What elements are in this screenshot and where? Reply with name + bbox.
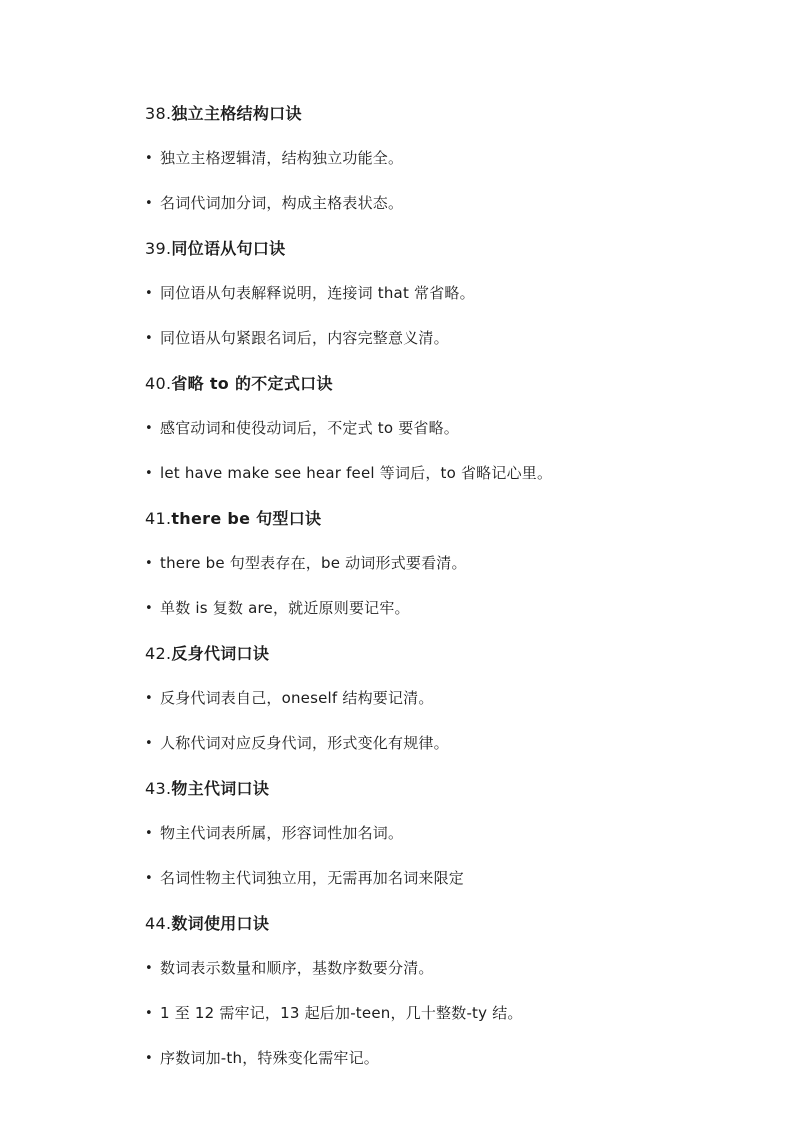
list-item-text: 序数词加-th，特殊变化需牢记。 (160, 1048, 379, 1069)
bullet-icon: • (145, 598, 160, 619)
section-heading: 42.反身代词口诀 (145, 643, 706, 664)
section-heading: 38.独立主格结构口诀 (145, 103, 706, 124)
section-heading: 39.同位语从句口诀 (145, 238, 706, 259)
section-number: 41. (145, 509, 171, 528)
section-heading: 43.物主代词口诀 (145, 778, 706, 799)
document-page: 38.独立主格结构口诀 • 独立主格逻辑清，结构独立功能全。 • 名词代词加分词… (0, 0, 794, 1123)
list-item: • 1 至 12 需牢记，13 起后加-teen，几十整数-ty 结。 (145, 1003, 706, 1024)
list-item-text: 物主代词表所属，形容词性加名词。 (160, 823, 403, 844)
mnemonic-section: 40.省略 to 的不定式口诀 • 感官动词和使役动词后，不定式 to 要省略。… (145, 373, 706, 484)
list-item: • 单数 is 复数 are，就近原则要记牢。 (145, 598, 706, 619)
bullet-icon: • (145, 688, 160, 709)
section-number: 39. (145, 239, 171, 258)
bullet-icon: • (145, 148, 160, 169)
list-item-text: 单数 is 复数 are，就近原则要记牢。 (160, 598, 410, 619)
section-heading: 41.there be 句型口诀 (145, 508, 706, 529)
section-number: 44. (145, 914, 171, 933)
bullet-icon: • (145, 868, 160, 889)
list-item: • 数词表示数量和顺序，基数序数要分清。 (145, 958, 706, 979)
mnemonic-section: 43.物主代词口诀 • 物主代词表所属，形容词性加名词。 • 名词性物主代词独立… (145, 778, 706, 889)
section-number: 38. (145, 104, 171, 123)
section-title: 同位语从句口诀 (171, 239, 285, 258)
document-body: 38.独立主格结构口诀 • 独立主格逻辑清，结构独立功能全。 • 名词代词加分词… (145, 103, 706, 1069)
mnemonic-section: 44.数词使用口诀 • 数词表示数量和顺序，基数序数要分清。 • 1 至 12 … (145, 913, 706, 1069)
list-item: • 同位语从句表解释说明，连接词 that 常省略。 (145, 283, 706, 304)
list-item: • 物主代词表所属，形容词性加名词。 (145, 823, 706, 844)
list-item-text: 独立主格逻辑清，结构独立功能全。 (160, 148, 403, 169)
mnemonic-section: 42.反身代词口诀 • 反身代词表自己，oneself 结构要记清。 • 人称代… (145, 643, 706, 754)
list-item-text: 名词性物主代词独立用，无需再加名词来限定 (160, 868, 464, 889)
list-item-text: 1 至 12 需牢记，13 起后加-teen，几十整数-ty 结。 (160, 1003, 523, 1024)
bullet-icon: • (145, 823, 160, 844)
bullet-icon: • (145, 553, 160, 574)
list-item-text: let have make see hear feel 等词后，to 省略记心里… (160, 463, 552, 484)
bullet-icon: • (145, 283, 160, 304)
section-number: 40. (145, 374, 171, 393)
mnemonic-section: 38.独立主格结构口诀 • 独立主格逻辑清，结构独立功能全。 • 名词代词加分词… (145, 103, 706, 214)
list-item: • 序数词加-th，特殊变化需牢记。 (145, 1048, 706, 1069)
bullet-icon: • (145, 193, 160, 214)
section-title: there be 句型口诀 (171, 509, 321, 528)
list-item-text: 人称代词对应反身代词，形式变化有规律。 (160, 733, 449, 754)
bullet-icon: • (145, 958, 160, 979)
list-item: • 同位语从句紧跟名词后，内容完整意义清。 (145, 328, 706, 349)
list-item-text: 反身代词表自己，oneself 结构要记清。 (160, 688, 434, 709)
section-number: 42. (145, 644, 171, 663)
section-title: 独立主格结构口诀 (171, 104, 301, 123)
section-title: 反身代词口诀 (171, 644, 269, 663)
list-item: • 人称代词对应反身代词，形式变化有规律。 (145, 733, 706, 754)
list-item: • 名词性物主代词独立用，无需再加名词来限定 (145, 868, 706, 889)
list-item: • 名词代词加分词，构成主格表状态。 (145, 193, 706, 214)
list-item: • let have make see hear feel 等词后，to 省略记… (145, 463, 706, 484)
list-item: • there be 句型表存在，be 动词形式要看清。 (145, 553, 706, 574)
list-item-text: there be 句型表存在，be 动词形式要看清。 (160, 553, 467, 574)
section-title: 数词使用口诀 (171, 914, 269, 933)
mnemonic-section: 41.there be 句型口诀 • there be 句型表存在，be 动词形… (145, 508, 706, 619)
list-item-text: 数词表示数量和顺序，基数序数要分清。 (160, 958, 434, 979)
bullet-icon: • (145, 328, 160, 349)
list-item: • 反身代词表自己，oneself 结构要记清。 (145, 688, 706, 709)
list-item-text: 同位语从句表解释说明，连接词 that 常省略。 (160, 283, 475, 304)
bullet-icon: • (145, 418, 160, 439)
section-title: 物主代词口诀 (171, 779, 269, 798)
section-number: 43. (145, 779, 171, 798)
mnemonic-section: 39.同位语从句口诀 • 同位语从句表解释说明，连接词 that 常省略。 • … (145, 238, 706, 349)
bullet-icon: • (145, 733, 160, 754)
bullet-icon: • (145, 1003, 160, 1024)
section-title: 省略 to 的不定式口诀 (171, 374, 332, 393)
section-heading: 40.省略 to 的不定式口诀 (145, 373, 706, 394)
list-item: • 独立主格逻辑清，结构独立功能全。 (145, 148, 706, 169)
list-item-text: 同位语从句紧跟名词后，内容完整意义清。 (160, 328, 449, 349)
bullet-icon: • (145, 463, 160, 484)
list-item: • 感官动词和使役动词后，不定式 to 要省略。 (145, 418, 706, 439)
bullet-icon: • (145, 1048, 160, 1069)
section-heading: 44.数词使用口诀 (145, 913, 706, 934)
list-item-text: 感官动词和使役动词后，不定式 to 要省略。 (160, 418, 459, 439)
list-item-text: 名词代词加分词，构成主格表状态。 (160, 193, 403, 214)
